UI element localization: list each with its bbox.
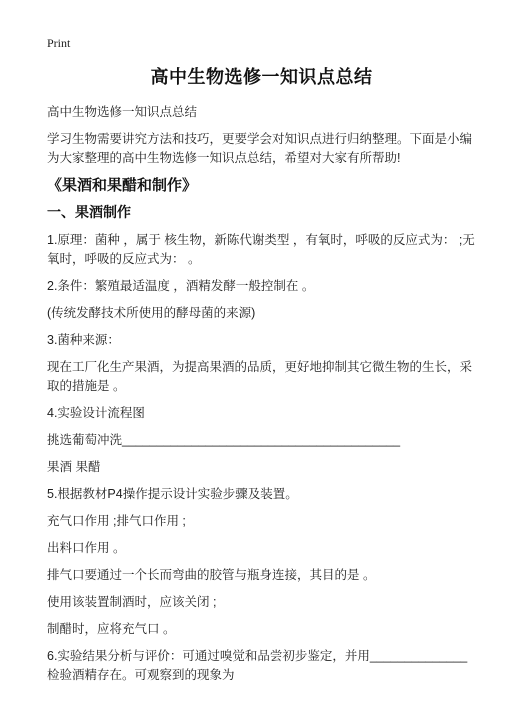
- document-page: Print 高中生物选修一知识点总结 高中生物选修一知识点总结 学习生物需要讲究…: [0, 0, 520, 718]
- paragraph-grape-washing-blank: 挑选葡萄冲洗__________________________________…: [47, 431, 476, 450]
- paragraph-principle: 1.原理：菌种 ，属于 核生物，新陈代谢类型 ，有氧时，呼吸的反应式为： ;无氧…: [47, 231, 476, 269]
- section-heading: 《果酒和果醋和制作》: [47, 176, 476, 196]
- paragraph-conditions: 2.条件：繁殖最适温度 ，酒精发酵一般控制在 。: [47, 277, 476, 296]
- page-title: 高中生物选修一知识点总结: [47, 65, 476, 89]
- paragraph-inlet-outlet-function: 充气口作用 ;排气口作用 ;: [47, 512, 476, 531]
- print-label: Print: [47, 36, 476, 51]
- paragraph-discharge-function: 出料口作用 。: [47, 539, 476, 558]
- paragraph-wine-vinegar: 果酒 果醋: [47, 458, 476, 477]
- paragraph-factory-production: 现在工厂化生产果酒，为提高果酒的品质，更好地抑制其它微生物的生长，采取的措施是 …: [47, 358, 476, 396]
- paragraph-exhaust-tube-purpose: 排气口要通过一个长而弯曲的胶管与瓶身连接，其目的是 。: [47, 566, 476, 585]
- paragraph-textbook-steps: 5.根据教材P4操作提示设计实验步骤及装置。: [47, 485, 476, 504]
- paragraph-vinegar-making-inlet: 制醋时，应将充气口 。: [47, 620, 476, 639]
- paragraph-flowchart-label: 4.实验设计流程图: [47, 404, 476, 423]
- paragraph-strain-source: 3.菌种来源：: [47, 331, 476, 350]
- paragraph-yeast-source-note: (传统发酵技术所使用的酵母菌的来源): [47, 304, 476, 323]
- paragraph-wine-making-close: 使用该装置制酒时，应该关闭 ;: [47, 593, 476, 612]
- article-subtitle: 高中生物选修一知识点总结: [47, 103, 476, 122]
- paragraph-result-analysis: 6.实验结果分析与评价：可通过嗅觉和品尝初步鉴定，并用_____________…: [47, 647, 476, 685]
- intro-paragraph: 学习生物需要讲究方法和技巧，更要学会对知识点进行归纳整理。下面是小编为大家整理的…: [47, 130, 476, 168]
- subsection-heading: 一、果酒制作: [47, 203, 476, 222]
